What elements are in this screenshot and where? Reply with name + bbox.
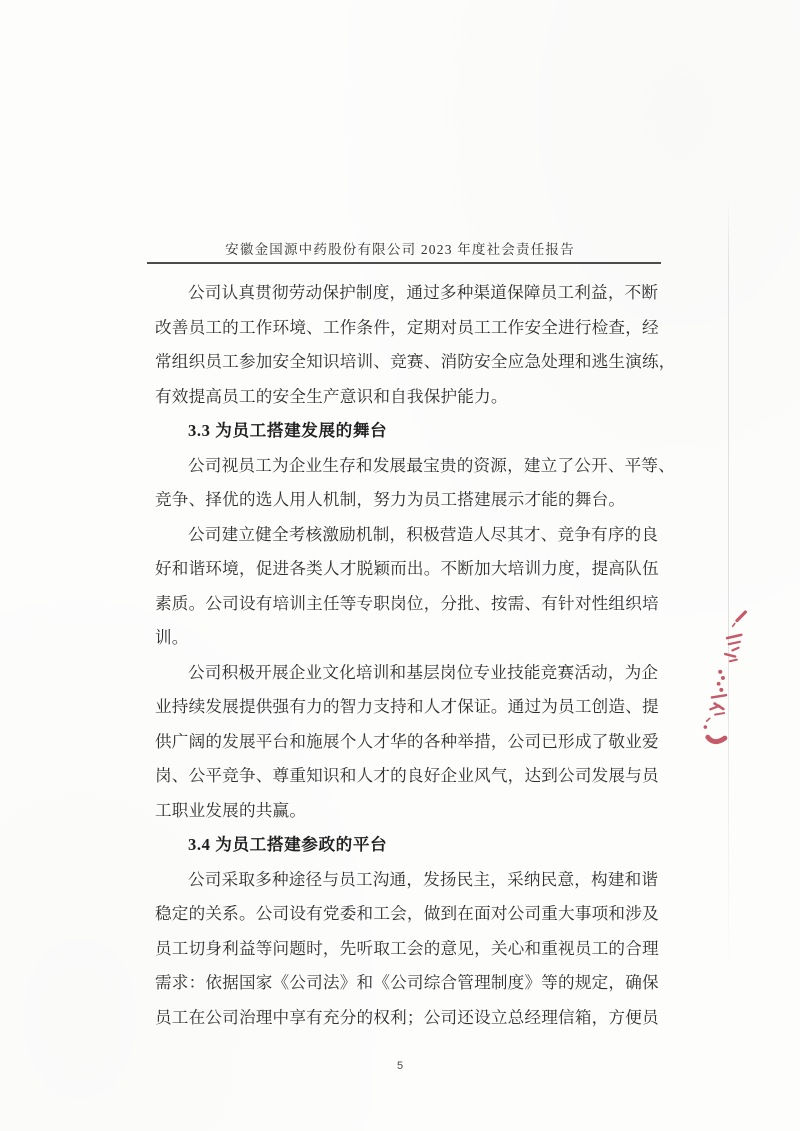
section-heading: 3.4 为员工搭建参政的平台: [155, 828, 667, 863]
text-line: 训。: [155, 621, 667, 656]
text-line: 竞争、择优的选人用人机制，努力为员工搭建展示才能的舞台。: [155, 483, 667, 518]
text-line: 公司积极开展企业文化培训和基层岗位专业技能竞赛活动，为企: [155, 656, 667, 691]
scan-edge-line: [728, 200, 729, 975]
header-rule: [147, 262, 661, 264]
text-line: 员工切身利益等问题时，先听取工会的意见，关心和重视员工的合理: [155, 932, 667, 967]
text-line: 有效提高员工的安全生产意识和自我保护能力。: [155, 380, 667, 415]
text-line: 公司认真贯彻劳动保护制度，通过多种渠道保障员工利益，不断: [155, 276, 667, 311]
text-line: 公司视员工为企业生存和发展最宝贵的资源，建立了公开、平等、: [155, 449, 667, 484]
text-line: 素质。公司设有培训主任等专职岗位，分批、按需、有针对性组织培: [155, 587, 667, 622]
body-lines: 公司认真贯彻劳动保护制度，通过多种渠道保障员工利益，不断改善员工的工作环境、工作…: [155, 276, 667, 1035]
section-heading: 3.3 为员工搭建发展的舞台: [155, 414, 667, 449]
text-line: 公司采取多种途径与员工沟通，发扬民主，采纳民意，构建和谐: [155, 863, 667, 898]
text-line: 公司建立健全考核激励机制，积极营造人尽其才、竞争有序的良: [155, 518, 667, 553]
report-header-title: 安徽金国源中药股份有限公司 2023 年度社会责任报告: [0, 238, 800, 258]
red-stamp-fragment: [699, 605, 748, 749]
text-line: 工职业发展的共赢。: [155, 794, 667, 829]
text-line: 业持续发展提供强有力的智力支持和人才保证。通过为员工创造、提: [155, 690, 667, 725]
text-line: 岗、公平竞争、尊重知识和人才的良好企业风气，达到公司发展与员: [155, 759, 667, 794]
text-line: 改善员工的工作环境、工作条件，定期对员工工作安全进行检查，经: [155, 311, 667, 346]
page-number: 5: [0, 1060, 800, 1072]
text-line: 供广阔的发展平台和施展个人才华的各种举措，公司已形成了敬业爱: [155, 725, 667, 760]
text-line: 好和谐环境，促进各类人才脱颖而出。不断加大培训力度，提高队伍: [155, 552, 667, 587]
text-line: 员工在公司治理中享有充分的权利；公司还设立总经理信箱，方便员: [155, 1001, 667, 1036]
text-line: 常组织员工参加安全知识培训、竞赛、消防安全应急处理和逃生演练，: [155, 345, 667, 380]
text-line: 需求：依据国家《公司法》和《公司综合管理制度》等的规定，确保: [155, 966, 667, 1001]
text-line: 稳定的关系。公司设有党委和工会，做到在面对公司重大事项和涉及: [155, 897, 667, 932]
